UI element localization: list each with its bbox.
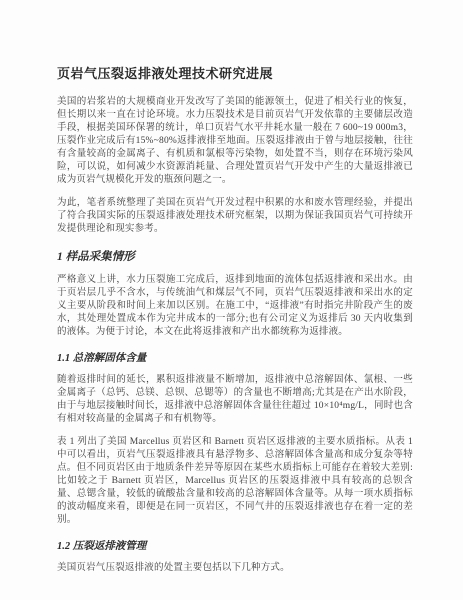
page-title: 页岩气压裂返排液处理技术研究进展 [57, 66, 413, 82]
intro-paragraph-1: 美国的岩浆岩的大规模商业开发改写了美国的能源领土，促进了相关行业的恢复，但长期以… [57, 96, 413, 187]
section-1-1-paragraph-1: 随着返排时间的延长，累积返排液量不断增加，返排液中总溶解固体、氯根、一些金属离子… [57, 374, 413, 426]
section-1-heading: 1 样品采集情形 [57, 250, 413, 264]
section-1-paragraph: 严格意义上讲，水力压裂施工完成后，返排到地面的流体包括返排液和采出水。由于页岩层… [57, 274, 413, 339]
section-1-2-heading: 1.2 压裂返排液管理 [57, 540, 413, 553]
document-page: 页岩气压裂返排液处理技术研究进展 美国的岩浆岩的大规模商业开发改写了美国的能源领… [0, 0, 463, 600]
document-content: 页岩气压裂返排液处理技术研究进展 美国的岩浆岩的大规模商业开发改写了美国的能源领… [57, 66, 413, 585]
intro-paragraph-2: 为此，笔者系统整理了美国在页岩气开发过程中积累的水和废水管理经验，并提出了符合我… [57, 197, 413, 236]
section-1-1-paragraph-2: 表 1 列出了美国 Marcellus 页岩区和 Barnett 页岩区返排液的… [57, 436, 413, 527]
section-1-1-heading: 1.1 总溶解固体含量 [57, 352, 413, 365]
section-1-2-paragraph: 美国页岩气压裂返排液的处置主要包括以下几种方式。 [57, 562, 413, 575]
